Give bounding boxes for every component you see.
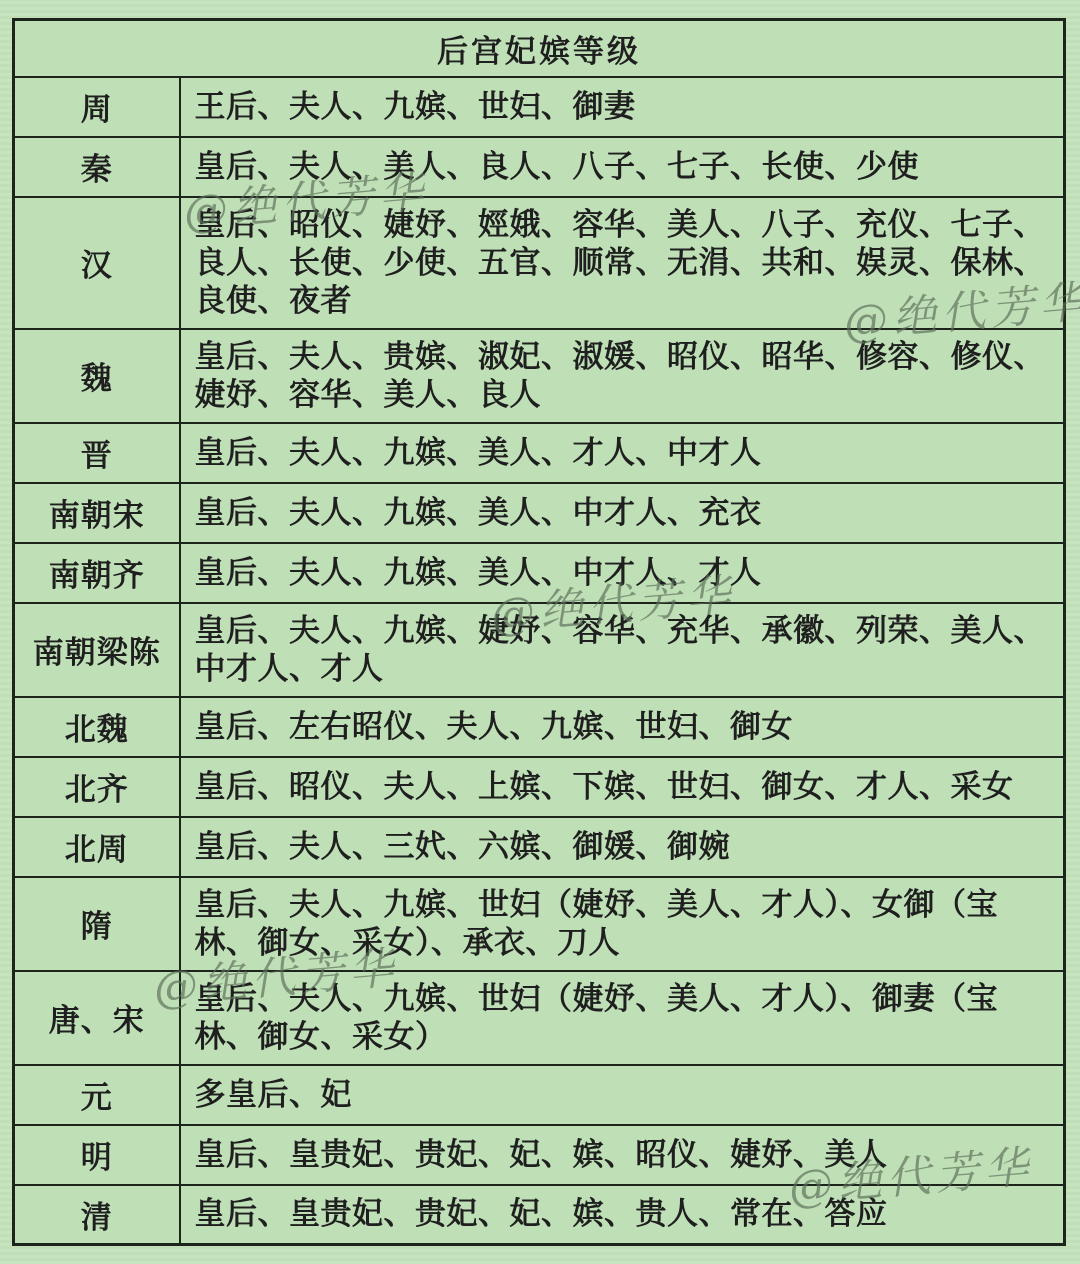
table-row: 元多皇后、妃 <box>14 1065 1065 1125</box>
table-row: 北周皇后、夫人、三㚤、六嫔、御媛、御婉 <box>14 817 1065 877</box>
dynasty-cell: 南朝宋 <box>14 483 180 543</box>
table-row: 南朝齐皇后、夫人、九嫔、美人、中才人、才人 <box>14 543 1065 603</box>
ranks-cell: 皇后、左右昭仪、夫人、九嫔、世妇、御女 <box>180 697 1065 757</box>
table-row: 隋皇后、夫人、九嫔、世妇（婕妤、美人、才人）、女御（宝林、御女、采女）、承衣、刀… <box>14 877 1065 971</box>
table-row: 南朝梁陈皇后、夫人、九嫔、婕妤、容华、充华、承徽、列荣、美人、中才人、才人 <box>14 603 1065 697</box>
ranks-cell: 皇后、皇贵妃、贵妃、妃、嫔、昭仪、婕妤、美人 <box>180 1125 1065 1185</box>
table-row: 唐、宋皇后、夫人、九嫔、世妇（婕妤、美人、才人）、御妻（宝林、御女、采女） <box>14 971 1065 1065</box>
table-body: 周王后、夫人、九嫔、世妇、御妻秦皇后、夫人、美人、良人、八子、七子、长使、少使汉… <box>14 77 1065 1245</box>
dynasty-cell: 清 <box>14 1185 180 1245</box>
ranks-cell: 皇后、夫人、美人、良人、八子、七子、长使、少使 <box>180 137 1065 197</box>
table-row: 南朝宋皇后、夫人、九嫔、美人、中才人、充衣 <box>14 483 1065 543</box>
dynasty-cell: 北齐 <box>14 757 180 817</box>
ranks-cell: 皇后、昭仪、夫人、上嫔、下嫔、世妇、御女、才人、采女 <box>180 757 1065 817</box>
dynasty-cell: 南朝齐 <box>14 543 180 603</box>
dynasty-cell: 元 <box>14 1065 180 1125</box>
table-row: 清皇后、皇贵妃、贵妃、妃、嫔、贵人、常在、答应 <box>14 1185 1065 1245</box>
ranks-cell: 皇后、夫人、三㚤、六嫔、御媛、御婉 <box>180 817 1065 877</box>
table-row: 晋皇后、夫人、九嫔、美人、才人、中才人 <box>14 423 1065 483</box>
ranks-cell: 皇后、夫人、九嫔、世妇（婕妤、美人、才人）、御妻（宝林、御女、采女） <box>180 971 1065 1065</box>
table-row: 周王后、夫人、九嫔、世妇、御妻 <box>14 77 1065 137</box>
ranks-cell: 皇后、夫人、九嫔、美人、中才人、才人 <box>180 543 1065 603</box>
ranks-cell: 皇后、昭仪、婕妤、娙娥、容华、美人、八子、充仪、七子、良人、长使、少使、五官、顺… <box>180 197 1065 329</box>
ranks-cell: 皇后、夫人、九嫔、美人、才人、中才人 <box>180 423 1065 483</box>
table-title: 后宫妃嫔等级 <box>14 20 1065 77</box>
dynasty-cell: 唐、宋 <box>14 971 180 1065</box>
ranks-cell: 皇后、夫人、九嫔、美人、中才人、充衣 <box>180 483 1065 543</box>
ranks-cell: 多皇后、妃 <box>180 1065 1065 1125</box>
dynasty-cell: 秦 <box>14 137 180 197</box>
dynasty-cell: 北周 <box>14 817 180 877</box>
harem-ranks-table: 后宫妃嫔等级 周王后、夫人、九嫔、世妇、御妻秦皇后、夫人、美人、良人、八子、七子… <box>12 18 1066 1246</box>
dynasty-cell: 汉 <box>14 197 180 329</box>
ranks-cell: 皇后、夫人、九嫔、世妇（婕妤、美人、才人）、女御（宝林、御女、采女）、承衣、刀人 <box>180 877 1065 971</box>
dynasty-cell: 明 <box>14 1125 180 1185</box>
table-row: 北魏皇后、左右昭仪、夫人、九嫔、世妇、御女 <box>14 697 1065 757</box>
table-row: 北齐皇后、昭仪、夫人、上嫔、下嫔、世妇、御女、才人、采女 <box>14 757 1065 817</box>
dynasty-cell: 魏 <box>14 329 180 423</box>
table-row: 魏皇后、夫人、贵嫔、淑妃、淑媛、昭仪、昭华、修容、修仪、婕妤、容华、美人、良人 <box>14 329 1065 423</box>
table-row: 明皇后、皇贵妃、贵妃、妃、嫔、昭仪、婕妤、美人 <box>14 1125 1065 1185</box>
title-row: 后宫妃嫔等级 <box>14 20 1065 77</box>
dynasty-cell: 周 <box>14 77 180 137</box>
dynasty-cell: 北魏 <box>14 697 180 757</box>
table-row: 汉皇后、昭仪、婕妤、娙娥、容华、美人、八子、充仪、七子、良人、长使、少使、五官、… <box>14 197 1065 329</box>
dynasty-cell: 晋 <box>14 423 180 483</box>
document-sheet: 后宫妃嫔等级 周王后、夫人、九嫔、世妇、御妻秦皇后、夫人、美人、良人、八子、七子… <box>0 0 1080 1264</box>
ranks-cell: 王后、夫人、九嫔、世妇、御妻 <box>180 77 1065 137</box>
table-row: 秦皇后、夫人、美人、良人、八子、七子、长使、少使 <box>14 137 1065 197</box>
ranks-cell: 皇后、皇贵妃、贵妃、妃、嫔、贵人、常在、答应 <box>180 1185 1065 1245</box>
dynasty-cell: 南朝梁陈 <box>14 603 180 697</box>
ranks-cell: 皇后、夫人、贵嫔、淑妃、淑媛、昭仪、昭华、修容、修仪、婕妤、容华、美人、良人 <box>180 329 1065 423</box>
ranks-cell: 皇后、夫人、九嫔、婕妤、容华、充华、承徽、列荣、美人、中才人、才人 <box>180 603 1065 697</box>
dynasty-cell: 隋 <box>14 877 180 971</box>
